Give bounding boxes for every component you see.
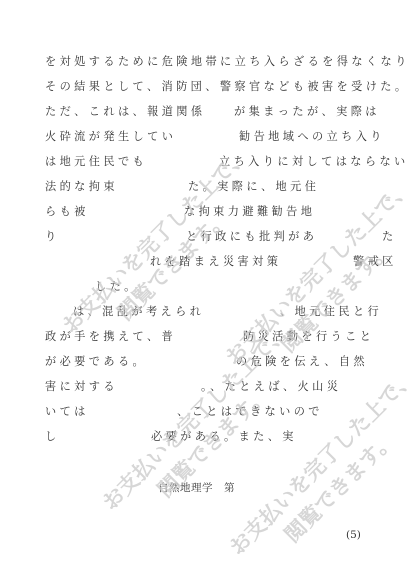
text-segment: した。 [95,277,139,297]
text-segment: り [45,227,60,247]
text-segment: を対処するために危険地帯に立ち入らざるを得なくなり [45,52,410,72]
text-segment: が集まったが、実際は [234,102,380,122]
text-segment: が必要である。 [45,352,147,372]
text-segment: 火砕流が発生してい [45,127,176,147]
text-segment: いては [45,402,89,422]
text-segment: ただ、これは、報道関係 [45,102,205,122]
text-segment: 害に対する [45,377,118,397]
text-segment: 、地元住民と行 [280,302,382,322]
text-segment: 警戒区 [353,252,397,272]
text-segment: と行政にも批判があ [186,227,317,247]
text-segment: 勧告地域への立ち入り [239,127,385,147]
page-number: (5) [346,529,361,541]
text-segment: な拘束力避難勧告地 [184,202,315,222]
text-segment: た [382,227,397,247]
text-segment: は、混乱が考えられ [73,302,204,322]
text-segment: 政が手を携えて、普 [45,327,176,347]
text-segment: らも被 [45,202,89,222]
text-segment: の危険を伝え、自然 [236,352,368,372]
footer-title: 自然地理学 第 [158,480,235,495]
text-segment: し [45,427,60,447]
text-segment: 必要がある。また、実 [151,427,297,447]
text-segment: れを踏まえ災害対策 [150,252,281,272]
text-segment: 防災活動を行うこと [243,327,374,347]
text-segment: た。実際に、地元住 [188,177,319,197]
text-segment: 。、たとえば、火山災 [201,377,341,397]
text-segment: は地元住民でも [45,152,147,172]
text-segment: 法的な拘束 [45,177,118,197]
text-segment: その結果として、消防団、警察官なども被害を受けた。 [45,77,409,97]
document-page: を対処するために危険地帯に立ち入らざるを得なくなりその結果として、消防団、警察官… [0,0,411,580]
text-segment: 立ち入りに対してはならない [219,152,409,172]
text-segment: 、ことはできないので [177,402,323,422]
